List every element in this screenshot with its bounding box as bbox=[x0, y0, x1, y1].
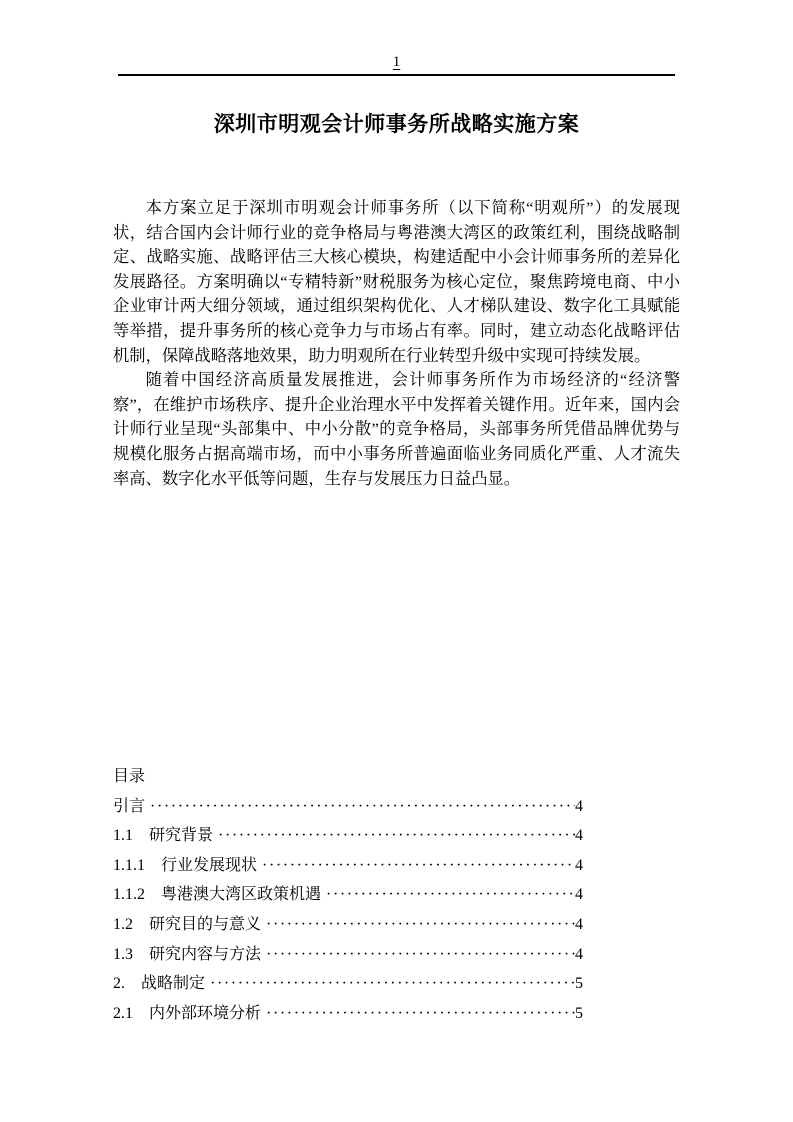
toc-entry[interactable]: 1.1.2 粤港澳大湾区政策机遇 ·······················… bbox=[113, 880, 583, 910]
table-of-contents: 目录 引言 ··································… bbox=[113, 762, 583, 1028]
toc-entry[interactable]: 1.3 研究内容与方法 ····························… bbox=[113, 940, 583, 970]
toc-entry-page-number: 4 bbox=[575, 821, 583, 851]
toc-entry-page-number: 5 bbox=[575, 999, 583, 1029]
toc-leader-dots: ········································… bbox=[321, 880, 575, 910]
document-page: 1 深圳市明观会计师事务所战略实施方案 本方案立足于深圳市明观会计师事务所（以下… bbox=[0, 0, 793, 1122]
header-page-number: 1 bbox=[393, 54, 401, 70]
toc-leader-dots: ········································… bbox=[205, 969, 575, 999]
toc-entry-label: 1.1 研究背景 bbox=[113, 821, 213, 851]
document-body: 本方案立足于深圳市明观会计师事务所（以下简称“明观所”）的发展现状，结合国内会计… bbox=[113, 196, 680, 491]
toc-leader-dots: ········································… bbox=[261, 999, 575, 1029]
toc-leader-dots: ········································… bbox=[261, 910, 575, 940]
toc-entry-page-number: 4 bbox=[575, 792, 583, 822]
toc-entry-page-number: 4 bbox=[575, 940, 583, 970]
toc-entry[interactable]: 2.1 内外部环境分析 ····························… bbox=[113, 999, 583, 1029]
toc-entry-label: 1.3 研究内容与方法 bbox=[113, 940, 261, 970]
header-rule bbox=[118, 74, 675, 76]
toc-entry-label: 1.1.2 粤港澳大湾区政策机遇 bbox=[113, 880, 321, 910]
toc-leader-dots: ········································… bbox=[261, 940, 575, 970]
body-paragraph: 随着中国经济高质量发展推进，会计师事务所作为市场经济的“经济警察”，在维护市场秩… bbox=[113, 368, 680, 491]
toc-entry[interactable]: 2. 战略制定 ································… bbox=[113, 969, 583, 999]
toc-entry-label: 2. 战略制定 bbox=[113, 969, 205, 999]
page-header: 1 bbox=[0, 52, 793, 72]
toc-entry[interactable]: 1.2 研究目的与意义 ····························… bbox=[113, 910, 583, 940]
toc-entry-page-number: 5 bbox=[575, 969, 583, 999]
toc-entry-label: 1.1.1 行业发展现状 bbox=[113, 851, 257, 881]
toc-entry-label: 2.1 内外部环境分析 bbox=[113, 999, 261, 1029]
toc-entry-label: 引言 bbox=[113, 792, 145, 822]
document-title: 深圳市明观会计师事务所战略实施方案 bbox=[0, 109, 793, 139]
toc-entry[interactable]: 1.1 研究背景 ·······························… bbox=[113, 821, 583, 851]
body-paragraph: 本方案立足于深圳市明观会计师事务所（以下简称“明观所”）的发展现状，结合国内会计… bbox=[113, 196, 680, 368]
toc-leader-dots: ········································… bbox=[145, 792, 575, 822]
toc-entry-page-number: 4 bbox=[575, 851, 583, 881]
toc-leader-dots: ········································… bbox=[213, 821, 575, 851]
toc-heading: 目录 bbox=[113, 762, 583, 792]
toc-leader-dots: ········································… bbox=[257, 851, 575, 881]
toc-entry-page-number: 4 bbox=[575, 880, 583, 910]
toc-entry-page-number: 4 bbox=[575, 910, 583, 940]
toc-entry[interactable]: 1.1.1 行业发展现状 ···························… bbox=[113, 851, 583, 881]
toc-entry-label: 1.2 研究目的与意义 bbox=[113, 910, 261, 940]
toc-entry[interactable]: 引言 ·····································… bbox=[113, 792, 583, 822]
